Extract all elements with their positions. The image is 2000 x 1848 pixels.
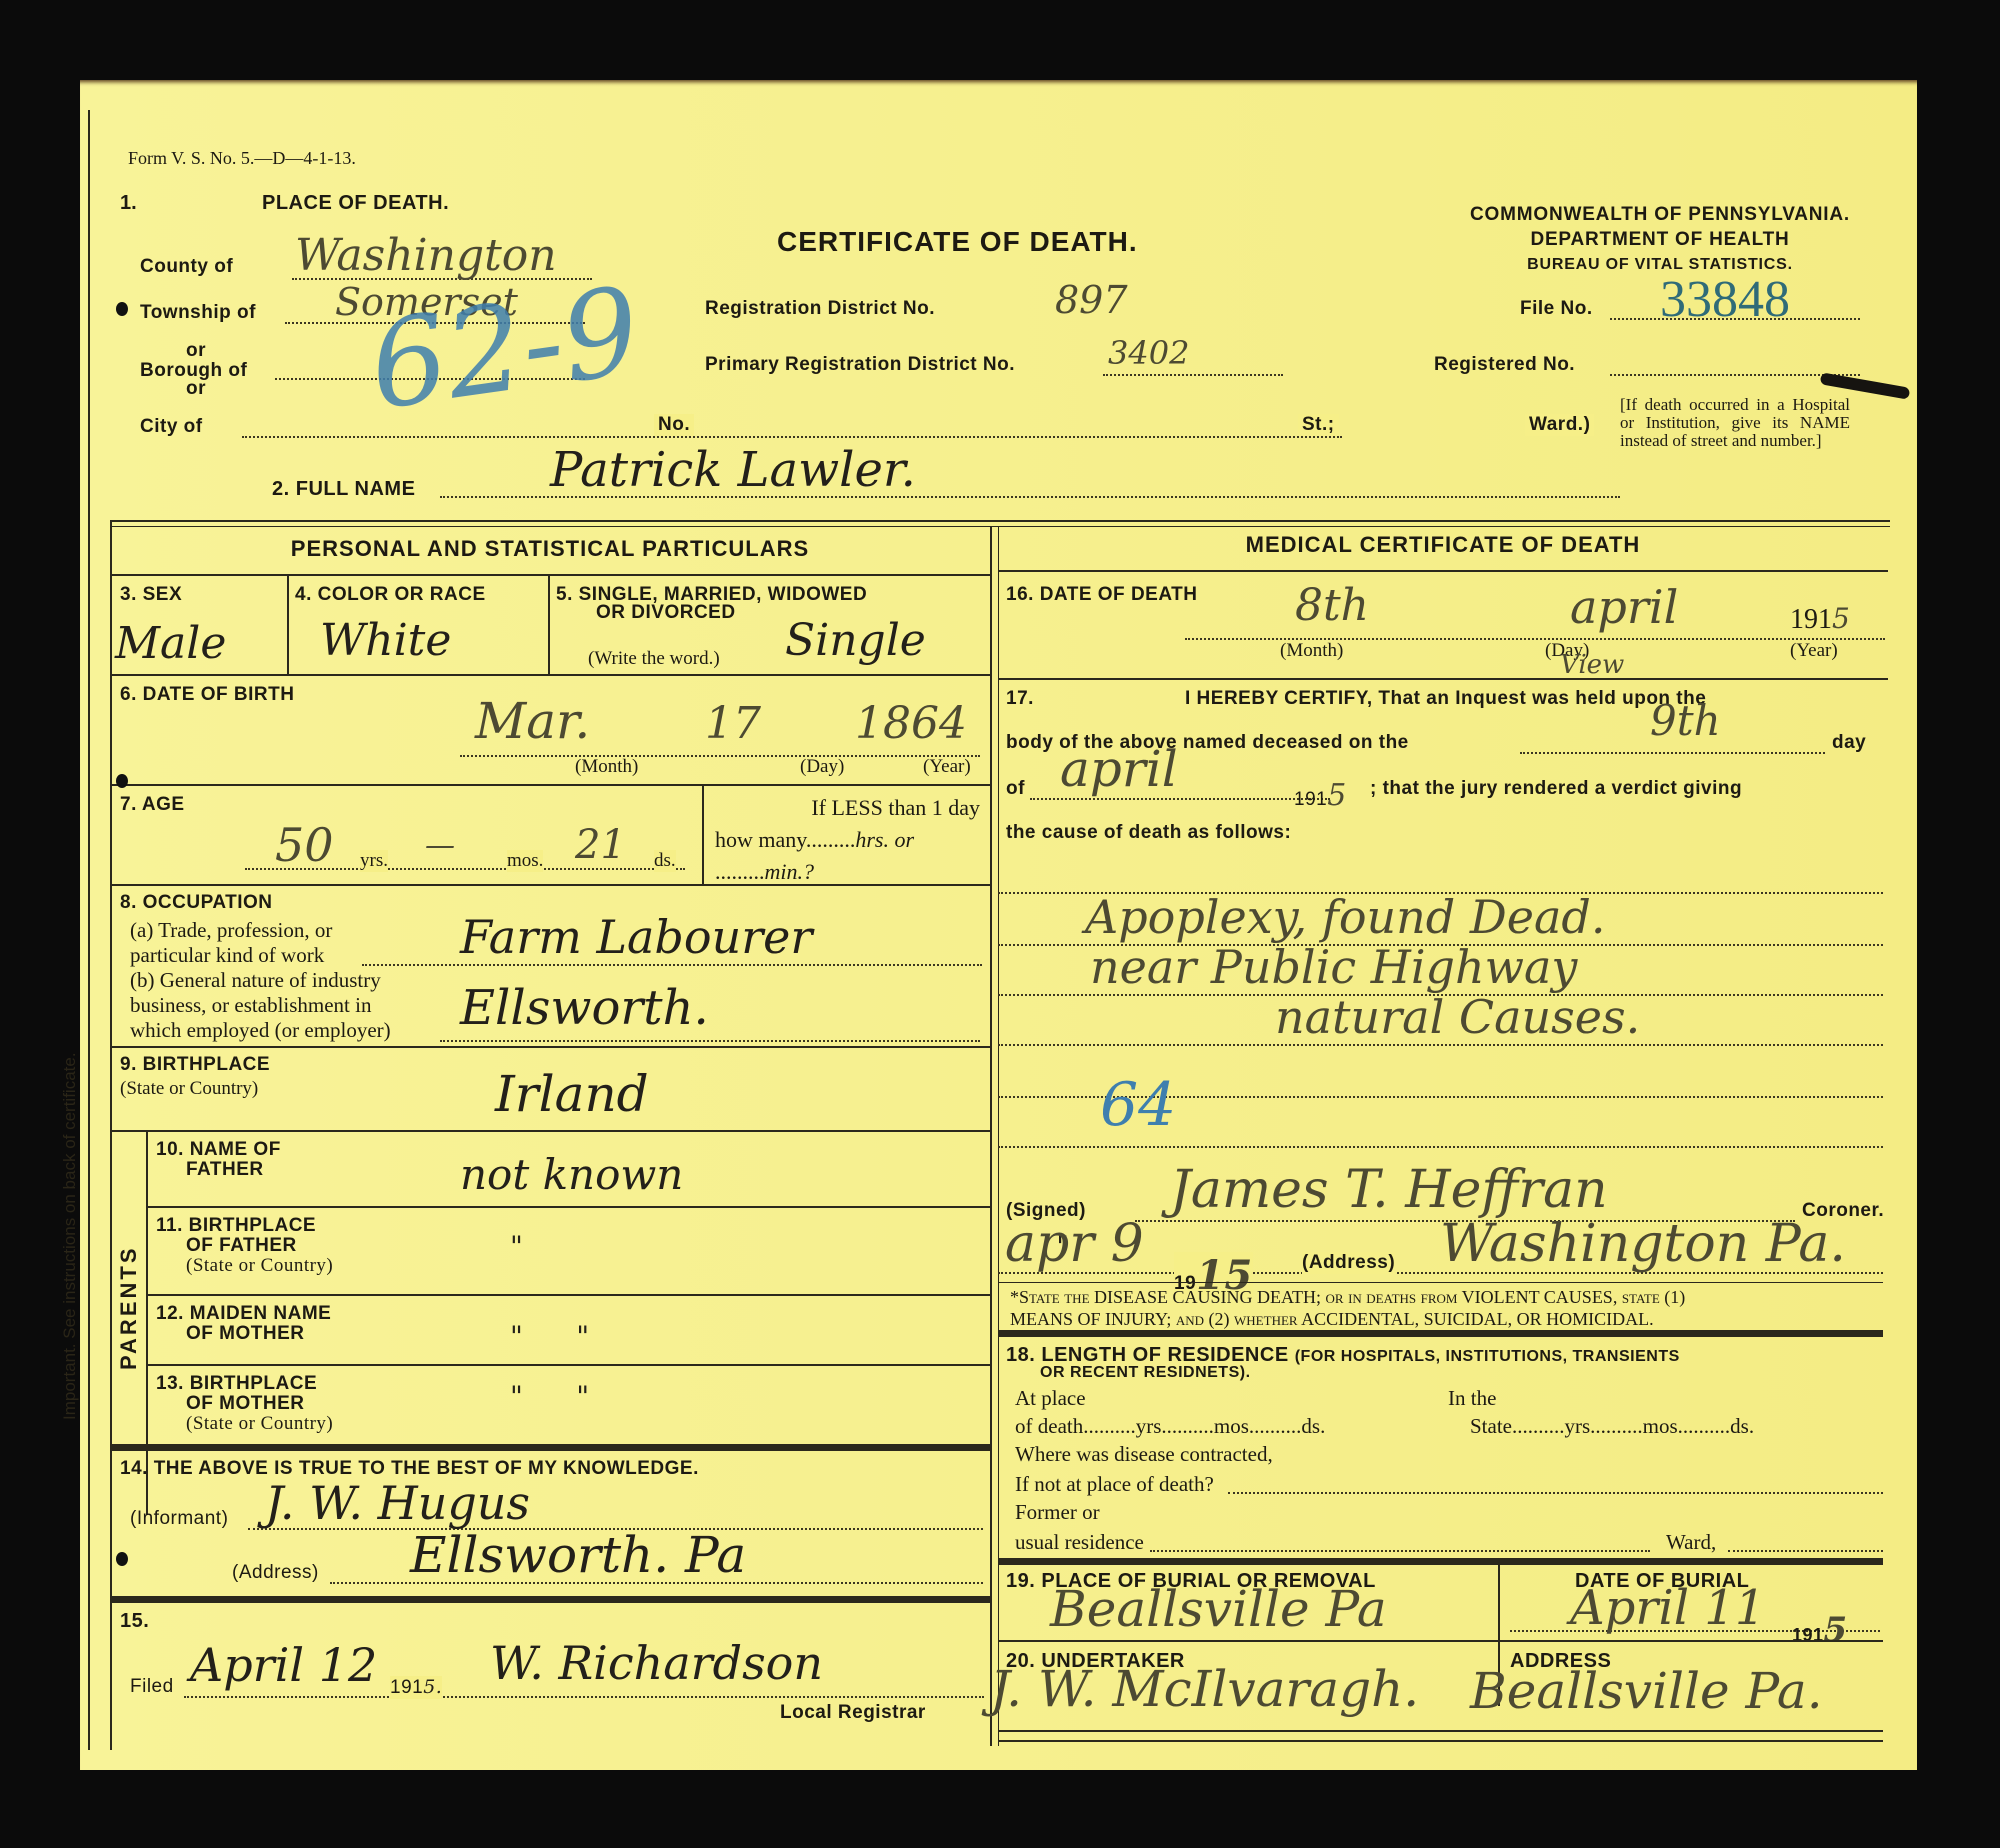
thick-divider — [110, 1596, 990, 1603]
race-label: 4. COLOR OR RACE — [295, 584, 486, 606]
dod-day-field[interactable]: 8th — [1295, 580, 1369, 631]
at-place-label: At place — [1015, 1386, 1086, 1411]
filed-label: Filed — [130, 1676, 174, 1698]
in-the-label: In the — [1448, 1386, 1496, 1411]
filed-line — [184, 1694, 984, 1698]
usual-residence-field[interactable] — [1150, 1548, 1650, 1552]
of-label: of — [1006, 778, 1025, 800]
divider — [110, 1130, 990, 1132]
ink-dot — [116, 1552, 128, 1566]
dob-month-field[interactable]: Mar. — [475, 692, 590, 750]
months-caption: mos. — [507, 850, 543, 872]
divider — [998, 1640, 1883, 1642]
medical-certificate-heading: MEDICAL CERTIFICATE OF DEATH — [998, 532, 1888, 558]
sex-field[interactable]: Male — [115, 618, 226, 669]
less-than-day-note: If LESS than 1 day how many.........hrs.… — [715, 792, 980, 888]
full-name-field[interactable]: Patrick Lawler. — [550, 442, 916, 498]
ink-dot — [116, 302, 128, 316]
divider — [110, 884, 990, 886]
thick-divider — [998, 1330, 1883, 1337]
certify-number: 17. — [1006, 688, 1034, 710]
informant-address-field[interactable]: Ellsworth. Pa — [410, 1526, 746, 1584]
file-number-label: File No. — [1520, 298, 1593, 320]
father-birthplace-field[interactable]: " " — [510, 1230, 1069, 1263]
primary-district-label: Primary Registration District No. — [705, 354, 1015, 376]
dod-month-caption: (Month) — [1280, 640, 1343, 662]
left-border — [88, 110, 90, 1750]
filed-year-prefix: 191 — [390, 1677, 423, 1698]
occ-a-line-1: (a) Trade, profession, or — [130, 918, 332, 943]
header-divider-2 — [110, 526, 1890, 527]
header-divider — [110, 520, 1890, 522]
residence-ward-field[interactable] — [1728, 1548, 1883, 1552]
cause-intro: the cause of death as follows: — [1006, 822, 1291, 844]
father-birthplace-label: 11. BIRTHPLACE OF FATHER (State or Count… — [156, 1216, 333, 1276]
cause-line-1[interactable]: Apoplexy, found Dead. — [1085, 890, 1605, 944]
residence-ward-label: Ward, — [1666, 1530, 1716, 1555]
dod-month-field[interactable]: april — [1570, 580, 1678, 634]
registration-district-label: Registration District No. — [705, 298, 935, 320]
divider — [702, 784, 704, 884]
father-name-field[interactable]: not known — [460, 1150, 683, 1199]
age-months-field[interactable]: — — [425, 828, 455, 863]
father-bp-label-2: OF FATHER — [186, 1236, 333, 1256]
thick-divider — [110, 1444, 990, 1451]
dob-label: 6. DATE OF BIRTH — [120, 684, 294, 706]
day-word: day — [1832, 732, 1866, 754]
inquest-year: 1915 — [1294, 778, 1347, 813]
if-not-label: If not at place of death? — [1015, 1472, 1214, 1497]
or-label-1: or — [186, 340, 206, 362]
mother-name-label-2: OF MOTHER — [186, 1324, 331, 1344]
birthplace-field[interactable]: Irland — [495, 1065, 649, 1123]
form-number: Form V. S. No. 5.—D—4-1-13. — [128, 148, 356, 169]
view-note: View — [1560, 650, 1624, 680]
residence-heading-text: 18. LENGTH OF RESIDENCE — [1006, 1344, 1289, 1366]
father-bp-sub: (State or Country) — [186, 1256, 333, 1276]
age-label: 7. AGE — [120, 794, 185, 816]
divider — [548, 574, 550, 674]
primary-district-field[interactable]: 3402 — [1108, 334, 1189, 372]
father-name-label-2: FATHER — [186, 1160, 281, 1180]
place-of-death-heading: PLACE OF DEATH. — [262, 192, 449, 215]
street-label: St.; — [1298, 414, 1339, 436]
primary-district-line — [1103, 372, 1283, 376]
usual-residence-label: usual residence — [1015, 1530, 1144, 1555]
certify-text: I HEREBY CERTIFY, That an Inquest was he… — [1185, 688, 1706, 710]
death-certificate: Important. See instructions on back of c… — [80, 80, 1917, 1770]
divider — [998, 1282, 1883, 1283]
dob-day-field[interactable]: 17 — [705, 698, 761, 749]
coroner-signature[interactable]: James T. Heffran — [1170, 1160, 1608, 1220]
county-label: County of — [140, 256, 233, 278]
divider — [998, 570, 1888, 572]
days-caption: ds. — [654, 850, 676, 872]
less-line-2a: how many — [715, 827, 806, 852]
divider — [110, 1046, 990, 1048]
cause-rule-6 — [998, 1144, 1883, 1148]
divider — [110, 574, 990, 576]
city-label: City of — [140, 416, 203, 438]
informant-address-label: (Address) — [232, 1562, 319, 1584]
date-of-death-label: 16. DATE OF DEATH — [1006, 584, 1197, 606]
undertaker-address-field[interactable]: Beallsville Pa. — [1470, 1662, 1823, 1720]
divider — [146, 1206, 990, 1208]
authority-line-1: COMMONWEALTH OF PENNSYLVANIA. — [1430, 202, 1890, 227]
occ-b-line-2: business, or establishment in — [130, 993, 391, 1018]
dob-year-caption: (Year) — [923, 756, 971, 778]
divider — [146, 1294, 990, 1296]
dob-day-caption: (Day) — [800, 756, 844, 778]
residence-place-of-death-row[interactable]: of death..........yrs..........mos......… — [1015, 1414, 1325, 1439]
less-line-1: If LESS than 1 day — [715, 792, 980, 824]
footnote-line-1: *State the DISEASE CAUSING DEATH; or in … — [1010, 1286, 1880, 1308]
side-instruction-note: Important. See instructions on back of c… — [60, 720, 80, 1420]
mother-name-label-1: 12. MAIDEN NAME — [156, 1304, 331, 1324]
father-bp-label-1: 11. BIRTHPLACE — [156, 1216, 333, 1236]
undertaker-field[interactable]: J. W. McIlvaragh. — [990, 1660, 1419, 1718]
column-divider — [990, 526, 992, 1746]
certificate-title: CERTIFICATE OF DEATH. — [777, 226, 1138, 258]
township-label: Township of — [140, 302, 256, 324]
divider — [998, 1730, 1883, 1732]
dod-year-suffix[interactable]: 5 — [1832, 602, 1850, 635]
signed-address-label: (Address) — [1302, 1252, 1395, 1274]
occupation-b-label: (b) General nature of industry business,… — [130, 968, 391, 1043]
informant-label: (Informant) — [130, 1508, 228, 1530]
occ-b-line-3: which employed (or employer) — [130, 1018, 391, 1043]
mother-bp-sub: (State or Country) — [186, 1414, 333, 1434]
inquest-day-field[interactable]: 9th — [1650, 696, 1721, 745]
burial-year: 1915 — [1792, 1610, 1848, 1650]
burial-year-prefix: 191 — [1792, 1625, 1824, 1645]
informant-field[interactable]: J. W. Hugus — [265, 1476, 530, 1530]
ward-label: Ward.) — [1525, 414, 1594, 436]
mother-birthplace-field[interactable]: " " — [510, 1380, 589, 1413]
authority-line-2: DEPARTMENT OF HEALTH — [1430, 227, 1890, 252]
birthplace-sublabel: (State or Country) — [120, 1078, 258, 1100]
father-name-label: 10. NAME OF FATHER — [156, 1140, 281, 1180]
race-field[interactable]: White — [320, 615, 451, 666]
left-table-border — [110, 520, 112, 1750]
occ-b-line-1: (b) General nature of industry — [130, 968, 391, 993]
marital-status-field[interactable]: Single — [785, 615, 926, 666]
issuing-authority: COMMONWEALTH OF PENNSYLVANIA. DEPARTMENT… — [1430, 202, 1890, 277]
or-label-2: or — [186, 378, 206, 400]
personal-particulars-heading: PERSONAL AND STATISTICAL PARTICULARS — [110, 536, 990, 562]
residence-state-row[interactable]: State..........yrs..........mos.........… — [1470, 1414, 1754, 1439]
mother-bp-label-2: OF MOTHER — [186, 1394, 333, 1414]
registered-number-label: Registered No. — [1434, 354, 1575, 376]
dod-year-prefix: 191 — [1790, 604, 1832, 635]
contracted-field[interactable] — [1228, 1490, 1883, 1494]
thick-divider — [998, 1558, 1883, 1565]
registration-district-field[interactable]: 897 — [1055, 278, 1128, 322]
dob-year-field[interactable]: 1864 — [855, 698, 967, 749]
residence-sub-2: OR RECENT RESIDNETS). — [1040, 1364, 1251, 1382]
local-registrar-label: Local Registrar — [780, 1702, 926, 1724]
inquest-year-prefix: 191 — [1294, 789, 1327, 810]
father-name-label-1: 10. NAME OF — [156, 1140, 281, 1160]
footnote-line-2: MEANS OF INJURY; and (2) whether ACCIDEN… — [1010, 1308, 1880, 1330]
side-note-text: Important. See instructions on back of c… — [60, 1052, 79, 1420]
divider — [110, 784, 990, 786]
inquest-month-field[interactable]: april — [1060, 740, 1178, 798]
filed-year: 1915. — [390, 1676, 442, 1699]
age-days-field[interactable]: 21 — [575, 822, 626, 868]
burial-year-suffix[interactable]: 5 — [1824, 1610, 1848, 1650]
mother-name-field[interactable]: " " — [510, 1320, 589, 1353]
cause-line-3[interactable]: natural Causes. — [1275, 990, 1640, 1044]
ink-dot — [116, 774, 128, 788]
occupation-b-line — [440, 1038, 980, 1042]
minutes-caption: min.? — [765, 859, 815, 884]
former-or-label: Former or — [1015, 1500, 1100, 1525]
filed-date-field[interactable]: April 12 — [190, 1638, 377, 1692]
sex-label: 3. SEX — [120, 584, 182, 606]
birthplace-label: 9. BIRTHPLACE — [120, 1054, 270, 1076]
verdict-text: ; that the jury rendered a verdict givin… — [1370, 778, 1742, 800]
hours-caption: hrs. or — [855, 827, 914, 852]
coroner-address-field[interactable]: Washington Pa. — [1440, 1214, 1846, 1274]
occupation-trade-field[interactable]: Farm Labourer — [460, 910, 812, 964]
blue-crayon-code: 64 — [1100, 1070, 1176, 1140]
occupation-a-label: (a) Trade, profession, or particular kin… — [130, 918, 332, 968]
divider — [287, 574, 289, 674]
dob-month-caption: (Month) — [575, 756, 638, 778]
mother-bp-label-1: 13. BIRTHPLACE — [156, 1374, 333, 1394]
inquest-day-line — [1520, 750, 1825, 754]
where-contracted-label: Where was disease contracted, — [1015, 1442, 1273, 1467]
filed-section-number: 15. — [120, 1610, 149, 1633]
age-years-field[interactable]: 50 — [275, 818, 334, 872]
registrar-signature[interactable]: W. Richardson — [490, 1636, 823, 1690]
inquest-year-suffix[interactable]: 5 — [1327, 778, 1347, 813]
city-field[interactable] — [242, 434, 1342, 438]
occupation-employer-field[interactable]: Ellsworth. — [460, 980, 709, 1036]
divider — [998, 678, 1888, 680]
divider — [110, 674, 990, 676]
burial-date-field[interactable]: April 11 — [1570, 1580, 1765, 1636]
county-field[interactable]: Washington — [295, 230, 557, 281]
divider — [146, 1364, 990, 1366]
file-number-field[interactable]: 33848 — [1660, 270, 1790, 329]
cause-line-2[interactable]: near Public Highway — [1090, 940, 1577, 994]
mother-birthplace-label: 13. BIRTHPLACE OF MOTHER (State or Count… — [156, 1374, 333, 1434]
full-name-label: 2. FULL NAME — [272, 478, 415, 501]
divider — [998, 1740, 1883, 1742]
hospital-note: [If death occurred in a Hospital or Inst… — [1620, 396, 1850, 450]
signed-date-field[interactable]: apr 9 — [1005, 1214, 1144, 1274]
section-number-1: 1. — [120, 192, 137, 215]
dod-year: 1915 — [1790, 602, 1850, 636]
occ-a-line-2: particular kind of work — [130, 943, 332, 968]
burial-place-field[interactable]: Beallsville Pa — [1050, 1580, 1387, 1638]
dob-line — [460, 753, 980, 757]
residence-sub-1: (FOR HOSPITALS, INSTITUTIONS, TRANSIENTS — [1295, 1348, 1680, 1365]
years-caption: yrs. — [360, 850, 388, 872]
occupation-label: 8. OCCUPATION — [120, 892, 273, 914]
mother-name-label: 12. MAIDEN NAME OF MOTHER — [156, 1304, 331, 1344]
parents-label: PARENTS — [116, 1246, 142, 1371]
cause-footnote: *State the DISEASE CAUSING DEATH; or in … — [1010, 1286, 1880, 1330]
dod-year-caption: (Year) — [1790, 640, 1838, 662]
street-number-label: No. — [654, 414, 694, 436]
marital-hint: (Write the word.) — [588, 648, 720, 670]
filed-year-suffix[interactable]: 5. — [423, 1676, 442, 1698]
